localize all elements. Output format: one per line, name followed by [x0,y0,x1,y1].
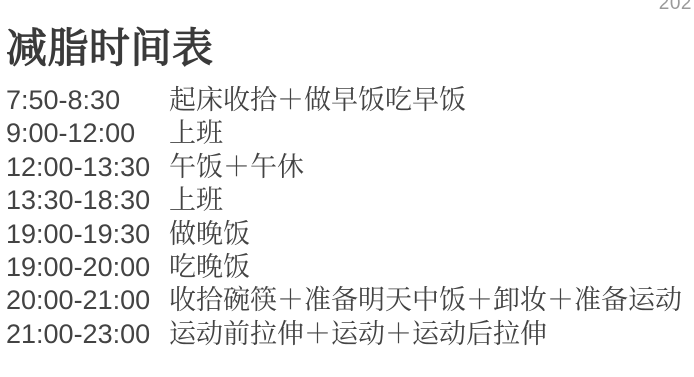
schedule-activity: 上班 [169,184,694,217]
schedule-list: 7:50-8:30 起床收拾＋做早饭吃早饭 9:00-12:00 上班 12:0… [6,84,694,351]
schedule-time: 21:00-23:00 [6,318,169,351]
schedule-time: 12:00-13:30 [6,151,169,184]
schedule-row: 19:00-19:30 做晚饭 [6,218,694,251]
schedule-time: 19:00-20:00 [6,251,169,284]
schedule-time: 13:30-18:30 [6,184,169,217]
note-page: { "header": { "timestamp_fragment": "202… [0,0,694,377]
schedule-activity: 吃晚饭 [169,251,694,284]
schedule-row: 20:00-21:00 收拾碗筷＋准备明天中饭＋卸妆＋准备运动 [6,284,694,317]
schedule-activity: 做晚饭 [169,218,694,251]
schedule-activity: 收拾碗筷＋准备明天中饭＋卸妆＋准备运动 [169,284,694,317]
schedule-activity: 午饭＋午休 [169,151,694,184]
schedule-activity: 起床收拾＋做早饭吃早饭 [169,84,694,117]
schedule-row: 19:00-20:00 吃晚饭 [6,251,694,284]
schedule-activity: 上班 [169,117,694,150]
schedule-row: 7:50-8:30 起床收拾＋做早饭吃早饭 [6,84,694,117]
schedule-row: 12:00-13:30 午饭＋午休 [6,151,694,184]
schedule-row: 21:00-23:00 运动前拉伸＋运动＋运动后拉伸 [6,318,694,351]
schedule-row: 13:30-18:30 上班 [6,184,694,217]
schedule-activity: 运动前拉伸＋运动＋运动后拉伸 [169,318,694,351]
schedule-time: 20:00-21:00 [6,284,169,317]
schedule-row: 9:00-12:00 上班 [6,117,694,150]
note-content[interactable]: 减脂时间表 7:50-8:30 起床收拾＋做早饭吃早饭 9:00-12:00 上… [6,0,694,351]
schedule-time: 19:00-19:30 [6,218,169,251]
schedule-time: 9:00-12:00 [6,117,169,150]
schedule-time: 7:50-8:30 [6,84,169,117]
note-title: 减脂时间表 [6,0,694,73]
